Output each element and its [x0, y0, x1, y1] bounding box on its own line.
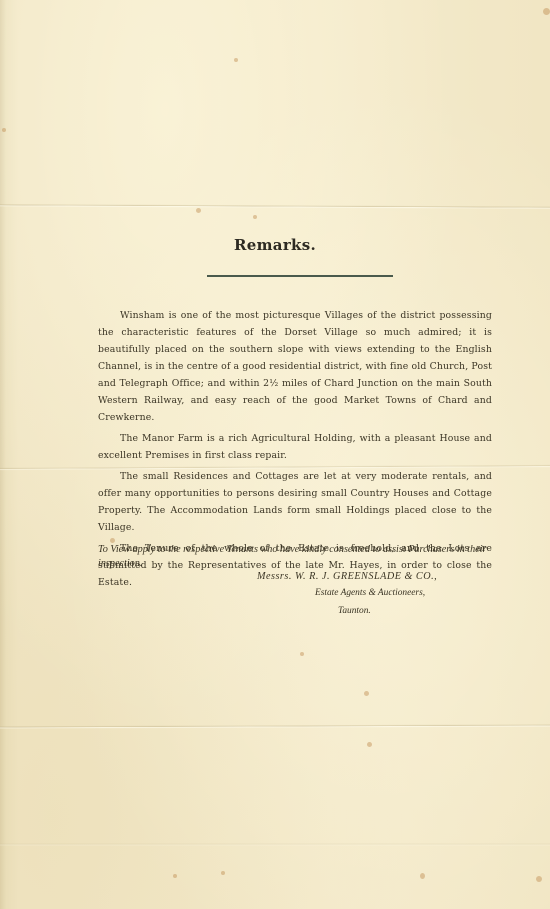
page-title: Remarks. [0, 236, 550, 254]
paragraph-village: Winsham is one of the most picturesque V… [98, 307, 492, 426]
document-page: Remarks. Winsham is one of the most pict… [0, 0, 550, 909]
agent-location: Taunton. [338, 606, 371, 616]
agent-title: Estate Agents & Auctioneers, [315, 588, 425, 598]
paragraph-manor-farm: The Manor Farm is a rich Agricultural Ho… [98, 430, 492, 464]
agent-firm-name: Messrs. W. R. J. GREENSLADE & CO., [257, 571, 437, 582]
title-divider [207, 275, 393, 277]
viewing-note: To View apply to the respective Tenants … [98, 543, 498, 571]
paragraph-residences: The small Residences and Cottages are le… [98, 468, 492, 536]
